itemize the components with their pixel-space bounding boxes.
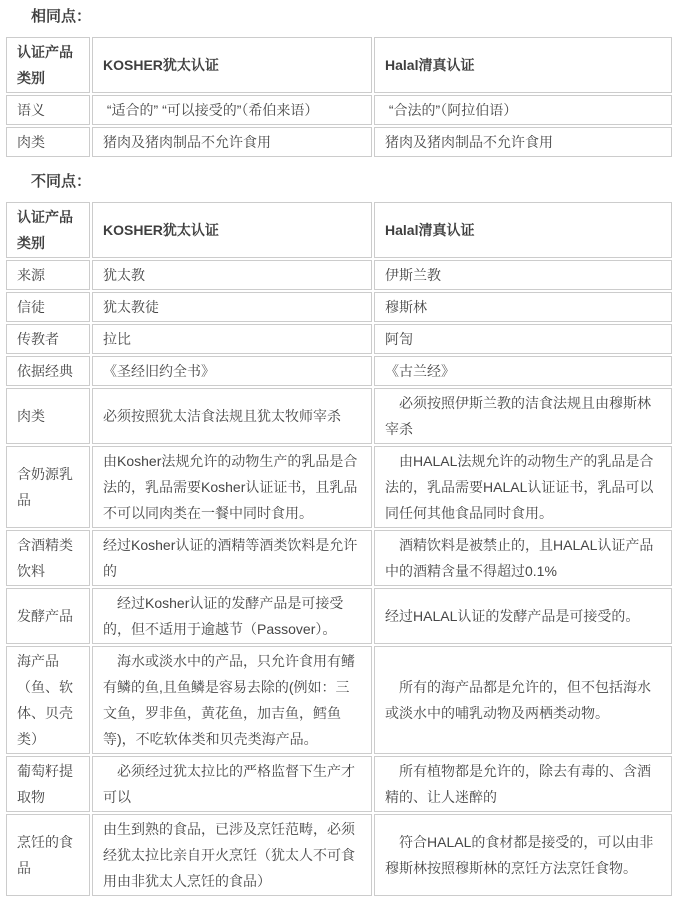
- kosher-cell: “适合的” “可以接受的”（希伯来语）: [92, 95, 372, 125]
- header-row: 认证产品类别KOSHER犹太认证Halal清真认证: [6, 202, 672, 258]
- column-header-halal: Halal清真认证: [374, 202, 672, 258]
- halal-cell: 《古兰经》: [374, 356, 672, 386]
- kosher-cell: 必须经过犹太拉比的严格监督下生产才可以: [92, 756, 372, 812]
- table-row: 肉类必须按照犹太洁食法规且犹太牧师宰杀 必须按照伊斯兰教的洁食法规且由穆斯林宰杀: [6, 388, 672, 444]
- row-label-cell: 含酒精类饮料: [6, 530, 90, 586]
- kosher-cell: 必须按照犹太洁食法规且犹太牧师宰杀: [92, 388, 372, 444]
- kosher-cell: 拉比: [92, 324, 372, 354]
- row-label-cell: 肉类: [6, 388, 90, 444]
- halal-cell: 穆斯林: [374, 292, 672, 322]
- row-label-cell: 含奶源乳品: [6, 446, 90, 528]
- halal-cell: 经过HALAL认证的发酵产品是可接受的。: [374, 588, 672, 644]
- row-label-cell: 葡萄籽提取物: [6, 756, 90, 812]
- table-row: 信徒犹太教徒穆斯林: [6, 292, 672, 322]
- table-row: 传教者拉比阿訇: [6, 324, 672, 354]
- kosher-cell: 犹太教徒: [92, 292, 372, 322]
- differences-table: 认证产品类别KOSHER犹太认证Halal清真认证来源犹太教伊斯兰教信徒犹太教徒…: [4, 200, 674, 898]
- header-row: 认证产品类别KOSHER犹太认证Halal清真认证: [6, 37, 672, 93]
- halal-cell: 猪肉及猪肉制品不允许食用: [374, 127, 672, 157]
- column-header-category: 认证产品类别: [6, 37, 90, 93]
- column-header-category: 认证产品类别: [6, 202, 90, 258]
- column-header-halal: Halal清真认证: [374, 37, 672, 93]
- table-row: 葡萄籽提取物 必须经过犹太拉比的严格监督下生产才可以 所有植物都是允许的，除去有…: [6, 756, 672, 812]
- table-row: 海产品 （鱼、软体、贝壳类） 海水或淡水中的产品，只允许食用有鳍有鳞的鱼,且鱼鳞…: [6, 646, 672, 754]
- section-title-similarities: 相同点：: [31, 8, 676, 26]
- kosher-cell: 犹太教: [92, 260, 372, 290]
- table-row: 含奶源乳品由Kosher法规允许的动物生产的乳品是合法的，乳品需要Kosher认…: [6, 446, 672, 528]
- table-row: 来源犹太教伊斯兰教: [6, 260, 672, 290]
- row-label-cell: 海产品 （鱼、软体、贝壳类）: [6, 646, 90, 754]
- column-header-kosher: KOSHER犹太认证: [92, 37, 372, 93]
- column-header-kosher: KOSHER犹太认证: [92, 202, 372, 258]
- row-label-cell: 烹饪的食品: [6, 814, 90, 896]
- row-label-cell: 来源: [6, 260, 90, 290]
- halal-cell: 酒精饮料是被禁止的，且HALAL认证产品中的酒精含量不得超过0.1%: [374, 530, 672, 586]
- halal-cell: 符合HALAL的食材都是接受的，可以由非穆斯林按照穆斯林的烹饪方法烹饪食物。: [374, 814, 672, 896]
- table-row: 烹饪的食品由生到熟的食品，已涉及烹饪范畴，必须经犹太拉比亲自开火烹饪（犹太人不可…: [6, 814, 672, 896]
- row-label-cell: 语义: [6, 95, 90, 125]
- kosher-cell: 经过Kosher认证的酒精等酒类饮料是允许的: [92, 530, 372, 586]
- table-row: 发酵产品 经过Kosher认证的发酵产品是可接受的，但不适用于逾越节（Passo…: [6, 588, 672, 644]
- row-label-cell: 肉类: [6, 127, 90, 157]
- table-row: 含酒精类饮料经过Kosher认证的酒精等酒类饮料是允许的 酒精饮料是被禁止的，且…: [6, 530, 672, 586]
- similarities-table: 认证产品类别KOSHER犹太认证Halal清真认证语义 “适合的” “可以接受的…: [4, 35, 674, 159]
- row-label-cell: 发酵产品: [6, 588, 90, 644]
- kosher-cell: 猪肉及猪肉制品不允许食用: [92, 127, 372, 157]
- row-label-cell: 传教者: [6, 324, 90, 354]
- kosher-cell: 经过Kosher认证的发酵产品是可接受的，但不适用于逾越节（Passover）。: [92, 588, 372, 644]
- kosher-cell: 由生到熟的食品，已涉及烹饪范畴，必须经犹太拉比亲自开火烹饪（犹太人不可食用由非犹…: [92, 814, 372, 896]
- kosher-cell: 《圣经旧约全书》: [92, 356, 372, 386]
- halal-cell: 伊斯兰教: [374, 260, 672, 290]
- halal-cell: 必须按照伊斯兰教的洁食法规且由穆斯林宰杀: [374, 388, 672, 444]
- kosher-cell: 由Kosher法规允许的动物生产的乳品是合法的，乳品需要Kosher认证证书，且…: [92, 446, 372, 528]
- row-label-cell: 依据经典: [6, 356, 90, 386]
- halal-cell: “合法的”（阿拉伯语）: [374, 95, 672, 125]
- section-title-differences: 不同点：: [31, 173, 676, 191]
- table-row: 肉类猪肉及猪肉制品不允许食用猪肉及猪肉制品不允许食用: [6, 127, 672, 157]
- halal-cell: 所有的海产品都是允许的，但不包括海水或淡水中的哺乳动物及两栖类动物。: [374, 646, 672, 754]
- table-row: 语义 “适合的” “可以接受的”（希伯来语） “合法的”（阿拉伯语）: [6, 95, 672, 125]
- section-similarities: 相同点： 认证产品类别KOSHER犹太认证Halal清真认证语义 “适合的” “…: [4, 8, 676, 159]
- row-label-cell: 信徒: [6, 292, 90, 322]
- section-differences: 不同点： 认证产品类别KOSHER犹太认证Halal清真认证来源犹太教伊斯兰教信…: [4, 173, 676, 898]
- halal-cell: 所有植物都是允许的，除去有毒的、含酒精的、让人迷醉的: [374, 756, 672, 812]
- halal-cell: 由HALAL法规允许的动物生产的乳品是合法的，乳品需要HALAL认证证书，乳品可…: [374, 446, 672, 528]
- table-row: 依据经典《圣经旧约全书》《古兰经》: [6, 356, 672, 386]
- kosher-cell: 海水或淡水中的产品，只允许食用有鳍有鳞的鱼,且鱼鳞是容易去除的(例如：三文鱼，罗…: [92, 646, 372, 754]
- halal-cell: 阿訇: [374, 324, 672, 354]
- document-body: 相同点： 认证产品类别KOSHER犹太认证Halal清真认证语义 “适合的” “…: [0, 0, 681, 902]
